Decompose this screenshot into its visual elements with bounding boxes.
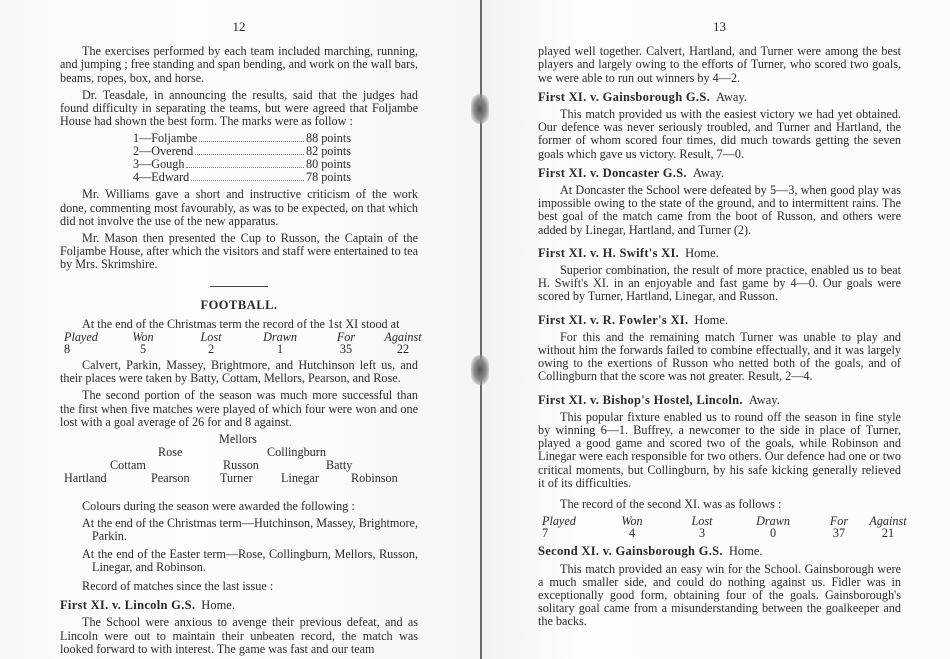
paragraph: Record of matches since the last issue : [60,580,418,593]
match-title: First XI. v. Bishop's Hostel, Lincoln. [538,393,743,407]
section-title: FOOTBALL. [60,299,418,312]
staple-mark [471,355,489,385]
player-forward: Robinson [351,472,398,485]
left-page-content: 12 The exercises performed by each team … [60,20,418,659]
colours-easter: At the end of the Easter term—Rose, Coll… [82,548,418,574]
house-name: 2—Overend [133,145,193,158]
record-value: 22 [378,343,428,355]
match-venue: Home. [685,246,719,260]
match-report: The School were anxious to avenge their … [60,616,418,656]
mark-row: 4—Edward 78 points [133,171,351,184]
record-value: 8 [60,343,110,355]
paragraph: The exercises performed by each team inc… [60,45,418,85]
record-value: 5 [110,343,176,355]
house-name: 4—Edward [133,171,189,184]
match-venue: Home. [694,313,728,327]
page-number: 13 [538,20,901,33]
second-xi-record-table: Played Won Lost Drawn For Against 7 4 3 … [538,515,901,539]
house-name: 1—Foljambe [133,132,197,145]
section-divider [210,286,268,287]
match-heading: First XI. v. R. Fowler's XI.Home. [538,314,901,327]
team-lineup: Mellors Rose Collingburn Cottam Russon B… [60,433,418,497]
player-forward: Pearson [151,472,190,485]
match-title: First XI. v. H. Swift's XI. [538,246,679,260]
match-venue: Home. [729,544,763,558]
match-heading: Second XI. v. Gainsborough G.S.Home. [538,545,901,558]
player-forward: Hartland [64,472,107,485]
match-report: This match provided us with the easiest … [538,108,901,161]
right-page: 13 played well together. Calvert, Hartla… [482,0,950,659]
record-value: 21 [868,527,908,539]
match-title: First XI. v. Gainsborough G.S. [538,90,710,104]
record-value: 7 [538,527,596,539]
paragraph: The record of the second XI. was as foll… [538,498,901,511]
paragraph: Dr. Teasdale, in announcing the results,… [60,89,418,129]
player-forward: Linegar [281,472,319,485]
player-forward: Turner [220,472,253,485]
match-heading: First XI. v. Doncaster G.S.Away. [538,167,901,180]
dot-leader [186,167,304,168]
match-report: At Doncaster the School were defeated by… [538,184,901,237]
booklet-spread: 12 The exercises performed by each team … [0,0,950,659]
paragraph: At the end of the Christmas term the rec… [60,318,418,331]
record-value: 1 [246,343,314,355]
match-heading: First XI. v. Gainsborough G.S.Away. [538,91,901,104]
dot-leader [195,154,304,155]
record-value: 2 [176,343,246,355]
match-report: Superior combination, the result of more… [538,264,901,304]
paragraph: Mr. Mason then presented the Cup to Russ… [60,232,418,272]
match-heading: First XI. v. Lincoln G.S.Home. [60,599,418,612]
colours-intro: Colours during the season were awarded t… [82,500,418,513]
left-page: 12 The exercises performed by each team … [0,0,481,659]
staple-mark [471,94,489,124]
match-venue: Away. [716,90,747,104]
match-heading: First XI. v. H. Swift's XI.Home. [538,247,901,260]
match-title: First XI. v. R. Fowler's XI. [538,313,688,327]
colours-christmas: At the end of the Christmas term—Hutchin… [82,517,418,543]
paragraph: The second portion of the season was muc… [60,389,418,429]
first-xi-record-table: Played Won Lost Drawn For Against 8 5 2 … [60,331,418,355]
match-title: First XI. v. Doncaster G.S. [538,166,687,180]
paragraph: Mr. Williams gave a short and instructiv… [60,188,418,228]
match-venue: Away. [749,393,780,407]
match-heading: First XI. v. Bishop's Hostel, Lincoln.Aw… [538,394,901,407]
match-venue: Home. [201,598,235,612]
match-report: For this and the remaining match Turner … [538,331,901,384]
house-marks-list: 1—Foljambe 88 points 2—Overend 82 points… [133,132,351,184]
paragraph: Calvert, Parkin, Massey, Brightmore, and… [60,359,418,385]
player-half-back: Cottam [110,459,146,472]
dot-leader [191,180,304,181]
colours-awarded: Colours during the season were awarded t… [82,500,418,574]
record-value: 0 [736,527,810,539]
house-points: 78 points [306,171,351,184]
house-points: 82 points [306,145,351,158]
match-title: Second XI. v. Gainsborough G.S. [538,544,723,558]
player-back: Collingburn [267,446,326,459]
player-back: Rose [158,446,182,459]
match-report: This popular fixture enabled us to round… [538,411,901,490]
record-value: 4 [596,527,668,539]
record-value: 3 [668,527,736,539]
page-number: 12 [60,20,418,33]
paragraph: played well together. Calvert, Hartland,… [538,45,901,85]
player-goalkeeper: Mellors [219,433,257,446]
record-value: 37 [810,527,868,539]
match-report: This match provided an easy win for the … [538,563,901,629]
house-points: 88 points [306,132,351,145]
right-page-content: 13 played well together. Calvert, Hartla… [538,20,901,633]
player-half-back: Batty [326,459,352,472]
match-title: First XI. v. Lincoln G.S. [60,598,195,612]
house-name: 3—Gough [133,158,184,171]
match-venue: Away. [693,166,724,180]
dot-leader [199,141,304,142]
house-points: 80 points [306,158,351,171]
record-value: 35 [314,343,378,355]
